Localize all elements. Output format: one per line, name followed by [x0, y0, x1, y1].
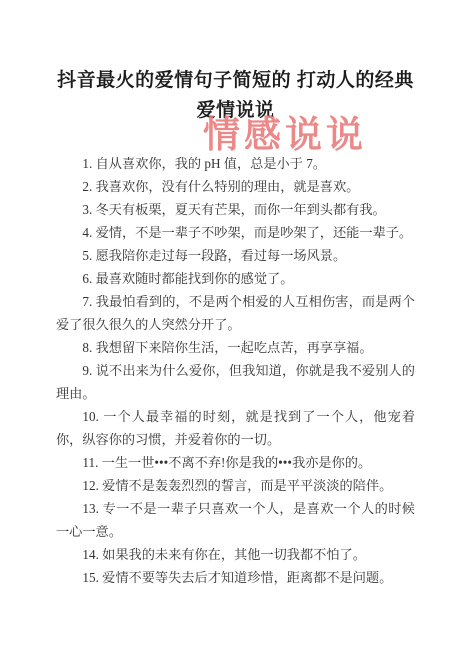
document-page: 抖音最火的爱情句子简短的 打动人的经典爱情说说 情感说说 1. 自从喜欢你，我的…	[0, 0, 471, 667]
sentence-2: 2. 我喜欢你，没有什么特别的理由，就是喜欢。	[56, 175, 415, 198]
sentence-1: 1. 自从喜欢你，我的 pH 值，总是小于 7。	[56, 152, 415, 175]
sentence-list: 1. 自从喜欢你，我的 pH 值，总是小于 7。 2. 我喜欢你，没有什么特别的…	[56, 152, 415, 589]
sentence-13: 13. 专一不是一辈子只喜欢一个人，是喜欢一个人的时候一心一意。	[56, 497, 415, 543]
sentence-11: 11. 一生一世•••不离不弃!你是我的•••我亦是你的。	[56, 451, 415, 474]
sentence-10: 10. 一个人最幸福的时刻，就是找到了一个人，他宠着你，纵容你的习惯，并爱着你的…	[56, 405, 415, 451]
sentence-14: 14. 如果我的未来有你在，其他一切我都不怕了。	[56, 543, 415, 566]
sentence-7: 7. 我最怕看到的，不是两个相爱的人互相伤害，而是两个爱了很久很久的人突然分开了…	[56, 290, 415, 336]
sentence-5: 5. 愿我陪你走过每一段路，看过每一场风景。	[56, 244, 415, 267]
sentence-3: 3. 冬天有板栗，夏天有芒果，而你一年到头都有我。	[56, 198, 415, 221]
sentence-9: 9. 说不出来为什么爱你，但我知道，你就是我不爱别人的理由。	[56, 359, 415, 405]
sentence-15: 15. 爱情不要等失去后才知道珍惜，距离都不是问题。	[56, 566, 415, 589]
sentence-12: 12. 爱情不是轰轰烈烈的誓言，而是平平淡淡的陪伴。	[56, 474, 415, 497]
article-title: 抖音最火的爱情句子简短的 打动人的经典爱情说说	[54, 66, 417, 126]
sentence-8: 8. 我想留下来陪你生活，一起吃点苦，再享享福。	[56, 336, 415, 359]
sentence-6: 6. 最喜欢随时都能找到你的感觉了。	[56, 267, 415, 290]
sentence-4: 4. 爱情，不是一辈子不吵架，而是吵架了，还能一辈子。	[56, 221, 415, 244]
